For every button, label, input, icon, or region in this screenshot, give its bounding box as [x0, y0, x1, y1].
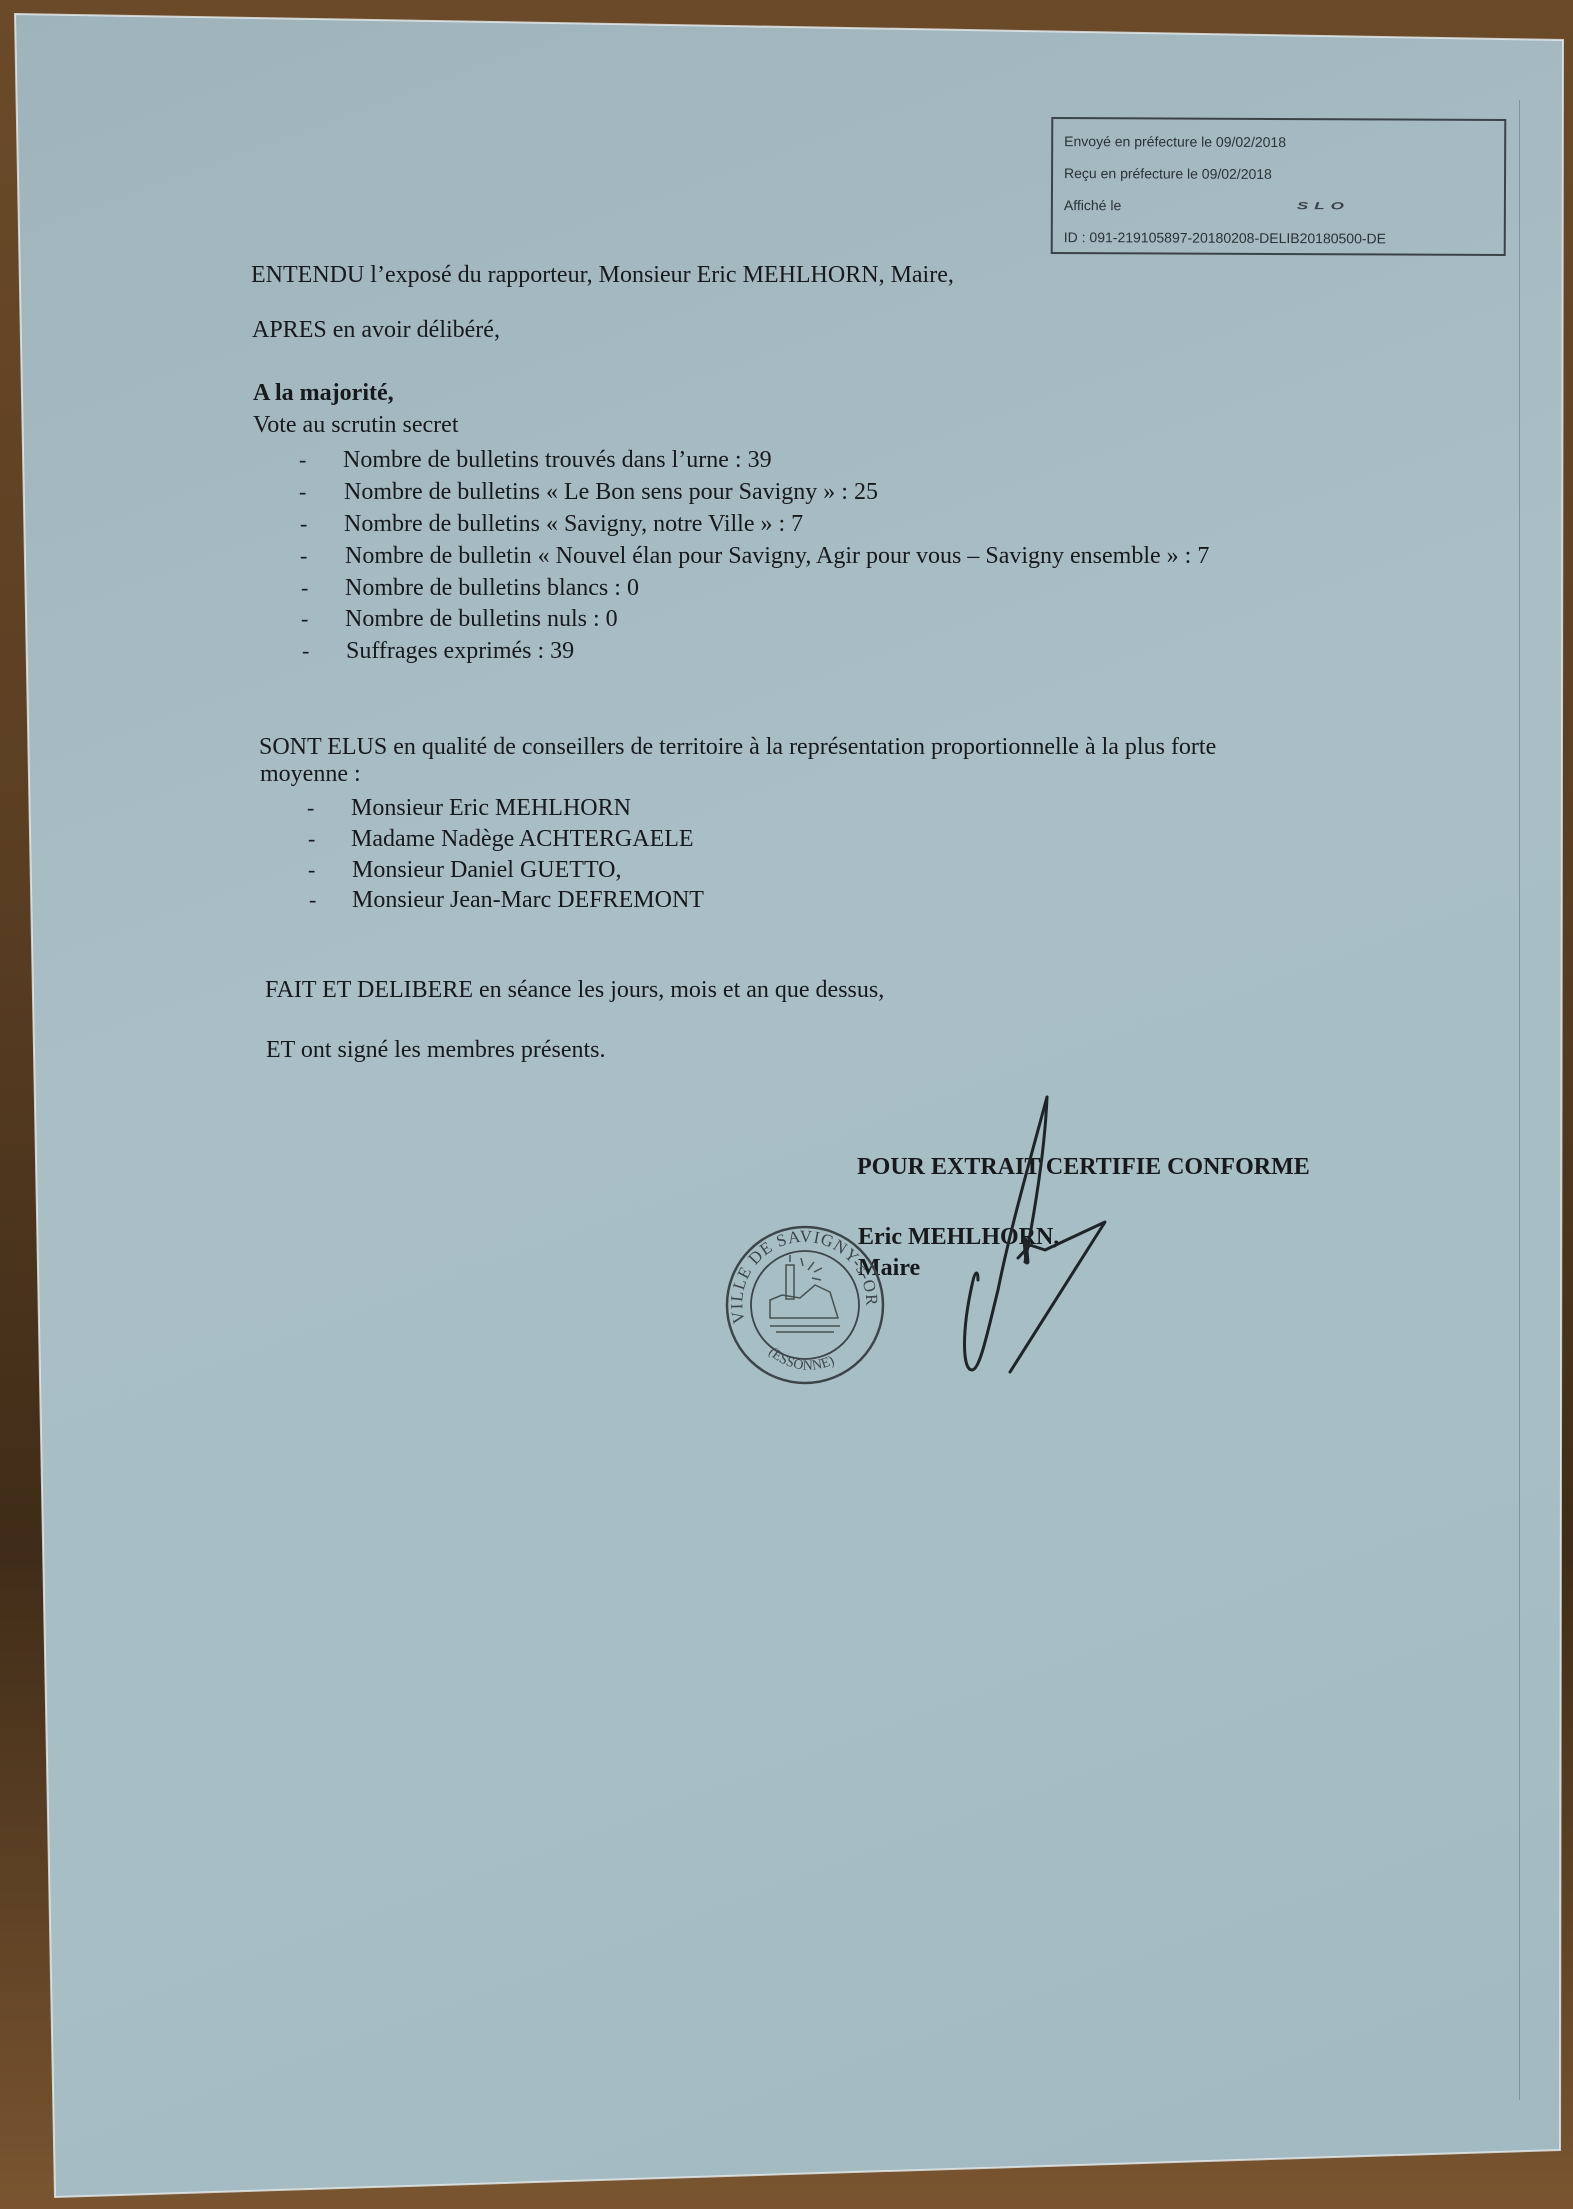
seal-top-text: VILLE DE SAVIGNY-s-ORGE [0, 0, 882, 1325]
document-page: Envoyé en préfecture le 09/02/2018 Reçu … [0, 0, 1573, 2209]
svg-text:(ESSONNE): (ESSONNE) [765, 1345, 837, 1374]
mayor-signature [965, 1097, 1106, 1372]
town-seal: VILLE DE SAVIGNY-s-ORGE (ESSONNE) [0, 0, 883, 1383]
seal-and-signature: VILLE DE SAVIGNY-s-ORGE (ESSONNE) [0, 0, 1573, 2209]
seal-bottom-text: (ESSONNE) [765, 1345, 837, 1374]
svg-text:VILLE DE SAVIGNY-s-ORGE: VILLE DE SAVIGNY-s-ORGE [0, 0, 882, 1325]
seal-emblem-icon [770, 1255, 840, 1332]
